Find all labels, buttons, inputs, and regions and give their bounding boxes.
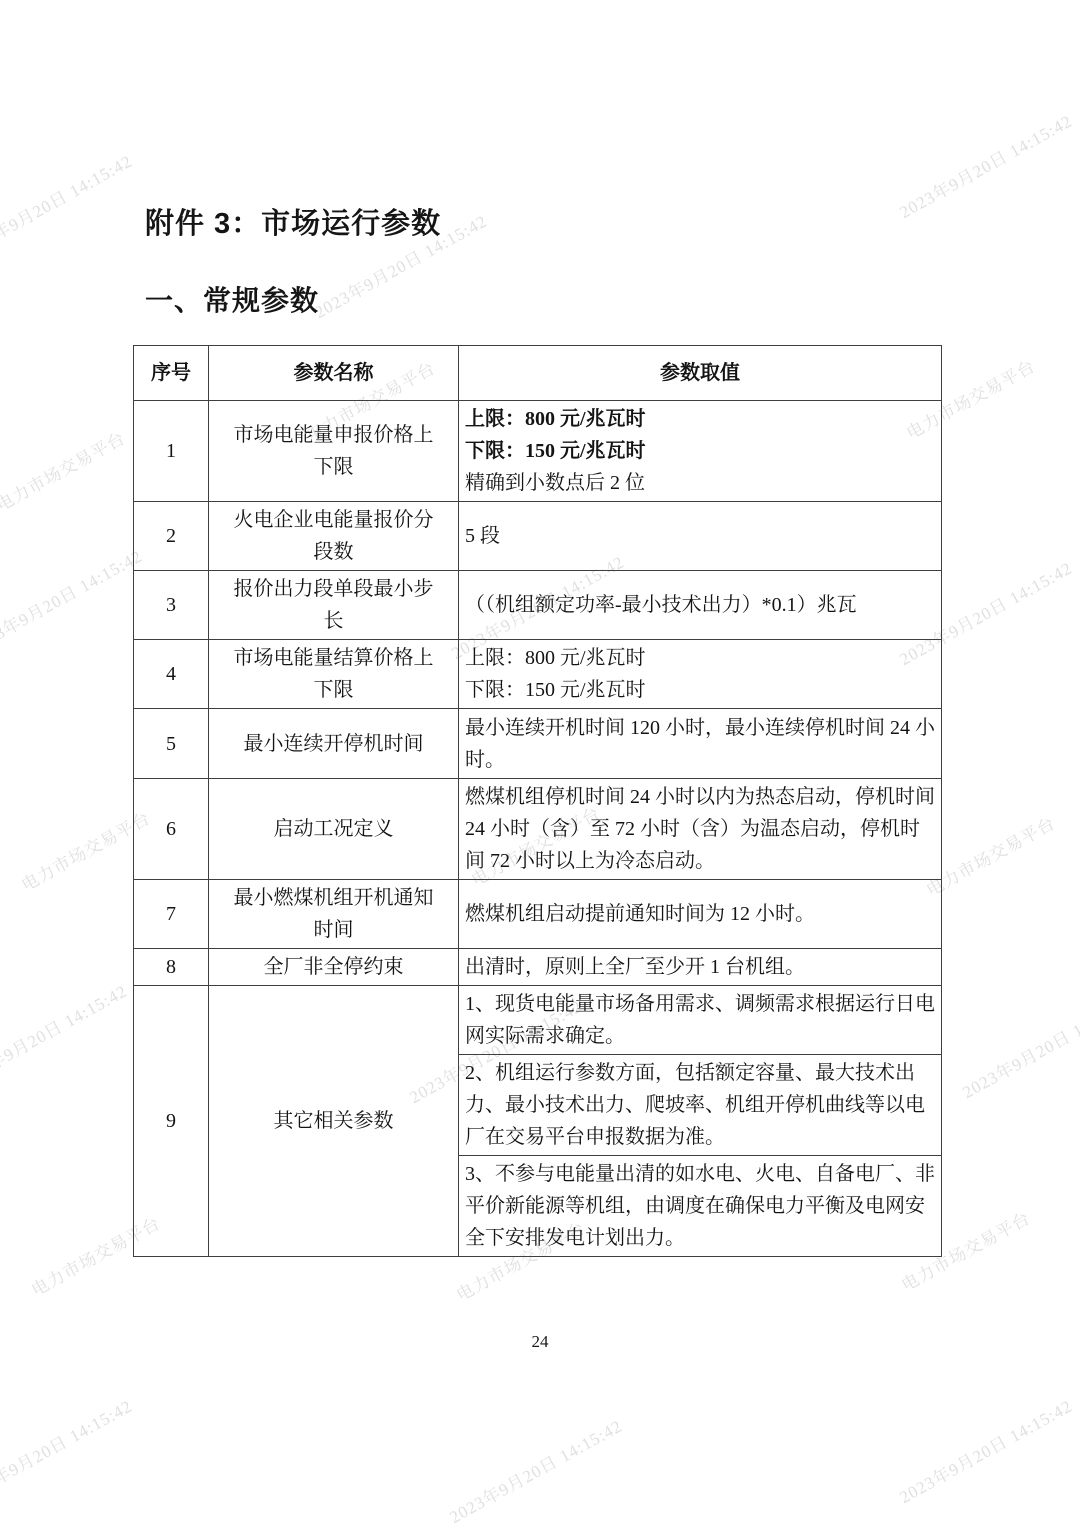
param-value: 燃煤机组停机时间 24 小时以内为热态启动，停机时间 24 小时（含）至 72 … [459,779,942,880]
param-name-line: 最小燃煤机组开机通知 [215,882,452,914]
table-row: 3 报价出力段单段最小步 长 （（机组额定功率-最小技术出力）*0.1）兆瓦 [134,571,942,640]
param-name: 启动工况定义 [209,779,459,880]
param-value: 出清时，原则上全厂至少开 1 台机组。 [459,949,942,986]
param-name: 市场电能量申报价格上 下限 [209,401,459,502]
column-header-no: 序号 [134,346,209,401]
param-name-line: 市场电能量申报价格上 [215,419,452,451]
table-row: 6 启动工况定义 燃煤机组停机时间 24 小时以内为热态启动，停机时间 24 小… [134,779,942,880]
param-name-line: 长 [215,605,452,637]
watermark-date: 2023年9月20日 14:15:42 [0,542,146,658]
row-no: 7 [134,880,209,949]
column-header-value: 参数取值 [459,346,942,401]
param-value: 最小连续开机时间 120 小时，最小连续停机时间 24 小时。 [459,709,942,779]
watermark-platform: 电力市场交易平台 [0,424,129,516]
watermark-date: 2023年9月20日 14:15:42 [0,977,131,1093]
param-name: 全厂非全停约束 [209,949,459,986]
param-value: 上限：800 元/兆瓦时 下限：150 元/兆瓦时 精确到小数点后 2 位 [459,401,942,502]
watermark-date: 2023年9月20日 14:15:42 [444,1412,626,1527]
param-sub-value: 1、现货电能量市场备用需求、调频需求根据运行日电网实际需求确定。 [459,986,942,1055]
table-row: 9 其它相关参数 1、现货电能量市场备用需求、调频需求根据运行日电网实际需求确定… [134,986,942,1055]
param-sub-value: 3、不参与电能量出清的如水电、火电、自备电厂、非平价新能源等机组，由调度在确保电… [459,1156,942,1257]
param-name-line: 下限 [215,451,452,483]
param-value: 燃煤机组启动提前通知时间为 12 小时。 [459,880,942,949]
param-name-line: 最小连续开停机时间 [215,728,452,760]
page-title: 附件 3：市场运行参数 [145,201,441,242]
row-no: 6 [134,779,209,880]
param-name: 报价出力段单段最小步 长 [209,571,459,640]
watermark-date: 2023年9月20日 14:15:42 [957,987,1080,1103]
row-no: 1 [134,401,209,502]
param-name-line: 市场电能量结算价格上 [215,642,452,674]
row-no: 2 [134,502,209,571]
column-header-name: 参数名称 [209,346,459,401]
param-name: 火电企业电能量报价分 段数 [209,502,459,571]
table-row: 5 最小连续开停机时间 最小连续开机时间 120 小时，最小连续停机时间 24 … [134,709,942,779]
row-no: 9 [134,986,209,1257]
watermark-date: 2023年9月20日 14:15:42 [894,107,1076,223]
param-name: 市场电能量结算价格上 下限 [209,640,459,709]
param-name-line: 段数 [215,536,452,568]
param-name-line: 全厂非全停约束 [215,951,452,983]
param-value-line: 上限：800 元/兆瓦时 [465,642,935,674]
row-no: 8 [134,949,209,986]
param-value-line: 精确到小数点后 2 位 [465,467,935,499]
param-name-line: 火电企业电能量报价分 [215,504,452,536]
param-value-line: 上限：800 元/兆瓦时 [465,403,935,435]
param-value: 5 段 [459,502,942,571]
row-no: 5 [134,709,209,779]
param-name-line: 启动工况定义 [215,813,452,845]
param-value: （（机组额定功率-最小技术出力）*0.1）兆瓦 [459,571,942,640]
param-sub-value: 2、机组运行参数方面，包括额定容量、最大技术出力、最小技术出力、爬坡率、机组开停… [459,1055,942,1156]
param-name: 其它相关参数 [209,986,459,1257]
param-value-line: 下限：150 元/兆瓦时 [465,674,935,706]
table-row: 7 最小燃煤机组开机通知 时间 燃煤机组启动提前通知时间为 12 小时。 [134,880,942,949]
table-header-row: 序号 参数名称 参数取值 [134,346,942,401]
table-row: 1 市场电能量申报价格上 下限 上限：800 元/兆瓦时 下限：150 元/兆瓦… [134,401,942,502]
param-name: 最小连续开停机时间 [209,709,459,779]
param-name-line: 下限 [215,674,452,706]
row-no: 4 [134,640,209,709]
param-value: 上限：800 元/兆瓦时 下限：150 元/兆瓦时 [459,640,942,709]
param-name-line: 时间 [215,914,452,946]
document-page: 2023年9月20日 14:15:422023年9月20日 14:15:4220… [0,0,1080,1527]
watermark-date: 2023年9月20日 14:15:42 [0,1392,136,1508]
section-heading: 一、常规参数 [145,279,319,319]
watermark-date: 2023年9月20日 14:15:42 [894,1392,1076,1508]
table-row: 8 全厂非全停约束 出清时，原则上全厂至少开 1 台机组。 [134,949,942,986]
row-no: 3 [134,571,209,640]
param-name-line: 其它相关参数 [215,1105,452,1137]
param-value-line: 下限：150 元/兆瓦时 [465,435,935,467]
param-name-line: 报价出力段单段最小步 [215,573,452,605]
table-row: 2 火电企业电能量报价分 段数 5 段 [134,502,942,571]
watermark-date: 2023年9月20日 14:15:42 [0,147,136,263]
page-number: 24 [0,1332,1080,1352]
table-row: 4 市场电能量结算价格上 下限 上限：800 元/兆瓦时 下限：150 元/兆瓦… [134,640,942,709]
parameters-table: 序号 参数名称 参数取值 1 市场电能量申报价格上 下限 上限：800 元/兆瓦… [133,345,942,1257]
param-name: 最小燃煤机组开机通知 时间 [209,880,459,949]
